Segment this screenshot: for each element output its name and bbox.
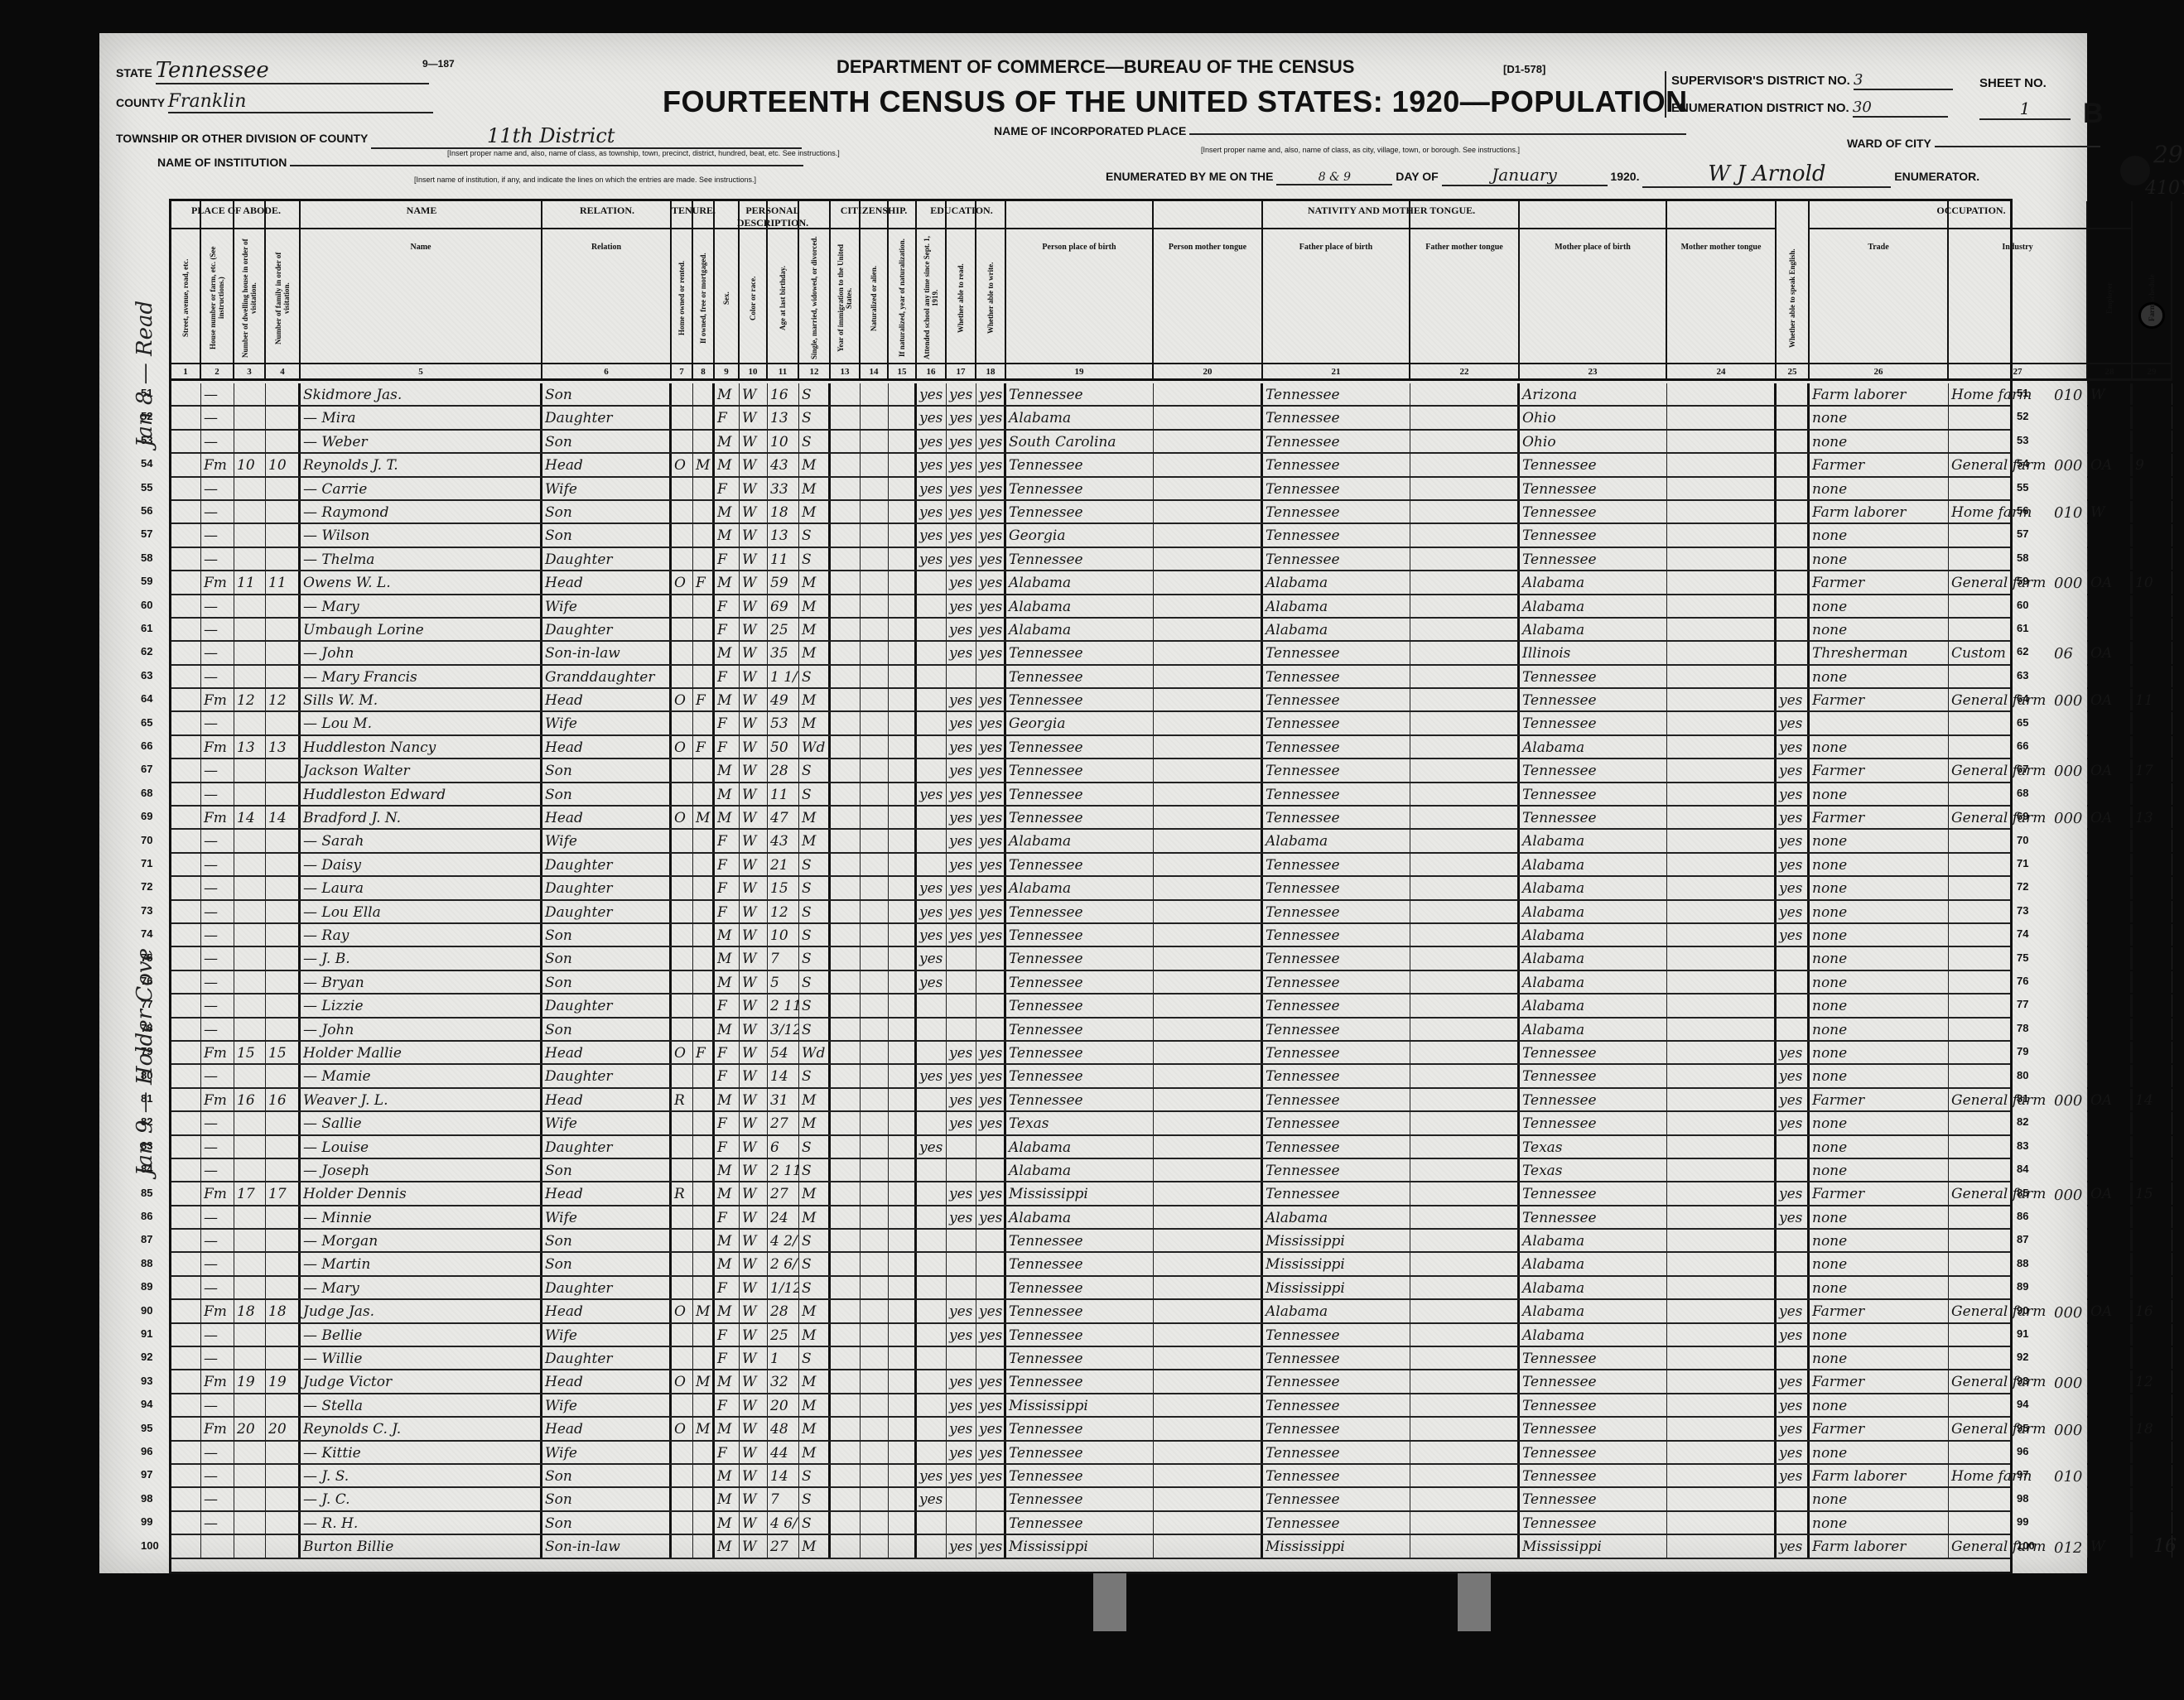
cell-abode_street bbox=[171, 1136, 201, 1158]
cell-race: W bbox=[740, 548, 768, 570]
cell-nat bbox=[861, 712, 889, 734]
cell-dwelling bbox=[234, 407, 266, 428]
line-number: 97 bbox=[141, 1468, 152, 1481]
cell-nat bbox=[861, 1136, 889, 1158]
cell-read: yes bbox=[947, 736, 976, 758]
cell-m_birth: Alabama bbox=[1520, 877, 1667, 898]
cell-tongue bbox=[1154, 1324, 1263, 1346]
cell-school bbox=[917, 759, 947, 781]
table-row: —— KittieWifeFW44MyesyesTennesseeTenness… bbox=[171, 1442, 2010, 1465]
cell-mort bbox=[693, 1442, 715, 1463]
cell-relation: Son bbox=[542, 501, 672, 523]
cell-tongue bbox=[1154, 1042, 1263, 1063]
cell-f_tongue bbox=[1410, 1535, 1520, 1557]
cell-write: yes bbox=[976, 830, 1006, 851]
table-row: —— RaySonMW10SyesyesyesTennesseeTennesse… bbox=[171, 924, 2010, 947]
cell-home bbox=[672, 830, 693, 851]
cell-trade: none bbox=[1810, 407, 1949, 428]
cell-abode_street bbox=[171, 877, 201, 898]
cell-race: W bbox=[740, 383, 768, 405]
cell-f_birth: Tennessee bbox=[1263, 1089, 1410, 1110]
column-number: 6 bbox=[542, 363, 672, 381]
cell-age: 50 bbox=[768, 736, 799, 758]
cell-class bbox=[2088, 1042, 2133, 1063]
cell-home bbox=[672, 877, 693, 898]
cell-f_birth: Alabama bbox=[1263, 571, 1410, 593]
cell-class bbox=[2088, 619, 2133, 640]
cell-relation: Head bbox=[542, 807, 672, 828]
cell-natyr bbox=[889, 1206, 917, 1228]
cell-m_birth: Arizona bbox=[1520, 383, 1667, 405]
cell-imm bbox=[831, 1065, 861, 1086]
cell-mort bbox=[693, 431, 715, 452]
line-number: 100 bbox=[2017, 1539, 2035, 1552]
cell-write bbox=[976, 1253, 1006, 1274]
cell-marital: M bbox=[799, 807, 831, 828]
cell-marital: M bbox=[799, 1394, 831, 1416]
cell-home bbox=[672, 595, 693, 617]
cell-imm bbox=[831, 689, 861, 710]
cell-english bbox=[1777, 454, 1810, 475]
supervisor-label: SUPERVISOR'S DISTRICT NO. bbox=[1671, 74, 1850, 88]
cell-m_birth: Alabama bbox=[1520, 571, 1667, 593]
cell-sex: M bbox=[715, 783, 740, 805]
cell-school bbox=[917, 666, 947, 687]
cell-mort bbox=[693, 1347, 715, 1369]
line-number: 96 bbox=[2017, 1445, 2028, 1457]
cell-class bbox=[2088, 736, 2133, 758]
cell-age: 43 bbox=[768, 830, 799, 851]
column-number: 15 bbox=[889, 363, 917, 381]
column-header-label: Street, avenue, road, etc. bbox=[181, 233, 190, 363]
cell-class bbox=[2088, 666, 2133, 687]
cell-m_tongue bbox=[1667, 1300, 1777, 1322]
table-row: —— RaymondSonMW18MyesyesyesTennesseeTenn… bbox=[171, 501, 2010, 524]
cell-school bbox=[917, 1394, 947, 1416]
cell-name: — Weber bbox=[301, 431, 542, 452]
cell-sex: M bbox=[715, 689, 740, 710]
cell-write bbox=[976, 1136, 1006, 1158]
cell-family bbox=[266, 478, 301, 499]
cell-sex: M bbox=[715, 947, 740, 969]
cell-name: Umbaugh Lorine bbox=[301, 619, 542, 640]
line-number: 71 bbox=[141, 857, 152, 869]
line-number: 62 bbox=[2017, 645, 2028, 657]
cell-sex: F bbox=[715, 1324, 740, 1346]
cell-relation: Son bbox=[542, 524, 672, 546]
cell-home: O bbox=[672, 736, 693, 758]
cell-relation: Wife bbox=[542, 1442, 672, 1463]
cell-school bbox=[917, 571, 947, 593]
column-number: 4 bbox=[266, 363, 301, 381]
cell-english: yes bbox=[1777, 1442, 1810, 1463]
cell-birth: Tennessee bbox=[1006, 1370, 1154, 1392]
cell-trade: none bbox=[1810, 666, 1949, 687]
cell-imm bbox=[831, 947, 861, 969]
cell-sex: F bbox=[715, 877, 740, 898]
cell-relation: Son bbox=[542, 1465, 672, 1486]
line-number: 52 bbox=[2017, 410, 2028, 422]
cell-abode: — bbox=[201, 1019, 234, 1040]
cell-f_tongue bbox=[1410, 524, 1520, 546]
cell-trade: none bbox=[1810, 1277, 1949, 1298]
cell-relation: Wife bbox=[542, 595, 672, 617]
cell-trade: Farmer bbox=[1810, 571, 1949, 593]
cell-m_tongue bbox=[1667, 783, 1777, 805]
margin-note-bottom: Jan 9 — Holder Cove bbox=[133, 948, 157, 1176]
cell-age: 25 bbox=[768, 1324, 799, 1346]
cell-write: yes bbox=[976, 1535, 1006, 1557]
cell-farm: 9 bbox=[2133, 454, 2172, 475]
cell-age: 14 bbox=[768, 1465, 799, 1486]
cell-abode_street bbox=[171, 759, 201, 781]
cell-write bbox=[976, 994, 1006, 1016]
table-row: —— LauraDaughterFW15SyesyesyesAlabamaTen… bbox=[171, 877, 2010, 900]
cell-m_tongue bbox=[1667, 1230, 1777, 1251]
line-number: 92 bbox=[2017, 1351, 2028, 1363]
cell-mort bbox=[693, 1136, 715, 1158]
column-number: 5 bbox=[301, 363, 542, 381]
cell-imm bbox=[831, 571, 861, 593]
cell-f_tongue bbox=[1410, 1394, 1520, 1416]
cell-home bbox=[672, 642, 693, 663]
cell-mort bbox=[693, 1394, 715, 1416]
cell-abode_street bbox=[171, 548, 201, 570]
cell-family bbox=[266, 642, 301, 663]
cell-class bbox=[2088, 1394, 2133, 1416]
cell-abode_street bbox=[171, 971, 201, 993]
cell-name: — Willie bbox=[301, 1347, 542, 1369]
cell-abode_street bbox=[171, 1182, 201, 1204]
cell-imm bbox=[831, 807, 861, 828]
cell-m_tongue bbox=[1667, 1324, 1777, 1346]
cell-family: 14 bbox=[266, 807, 301, 828]
cell-trade bbox=[1810, 712, 1949, 734]
cell-f_tongue bbox=[1410, 759, 1520, 781]
township-value: 11th District bbox=[371, 124, 802, 149]
table-row: —— LizzieDaughterFW2 11/12STennesseeTenn… bbox=[171, 994, 2010, 1018]
cell-birth: Tennessee bbox=[1006, 1230, 1154, 1251]
cell-english: yes bbox=[1777, 1465, 1810, 1486]
table-row: —— MartinSonMW2 6/12STennesseeMississipp… bbox=[171, 1253, 2010, 1276]
cell-farm bbox=[2133, 1277, 2172, 1298]
cell-imm bbox=[831, 1182, 861, 1204]
cell-school: yes bbox=[917, 383, 947, 405]
cell-marital: M bbox=[799, 1442, 831, 1463]
cell-f_birth: Mississippi bbox=[1263, 1253, 1410, 1274]
cell-nat bbox=[861, 1442, 889, 1463]
cell-tongue bbox=[1154, 1370, 1263, 1392]
cell-nat bbox=[861, 1394, 889, 1416]
cell-english bbox=[1777, 1136, 1810, 1158]
cell-m_tongue bbox=[1667, 1089, 1777, 1110]
cell-sex: M bbox=[715, 1230, 740, 1251]
line-number: 61 bbox=[2017, 622, 2028, 634]
cell-tongue bbox=[1154, 736, 1263, 758]
line-number: 70 bbox=[2017, 834, 2028, 846]
line-number: 66 bbox=[2017, 739, 2028, 752]
cell-school: yes bbox=[917, 454, 947, 475]
cell-name: — Wilson bbox=[301, 524, 542, 546]
cell-nat bbox=[861, 1488, 889, 1510]
cell-marital: S bbox=[799, 1065, 831, 1086]
table-row: —Umbaugh LorineDaughterFW25MyesyesAlabam… bbox=[171, 619, 2010, 642]
cell-age: 2 11/12 bbox=[768, 1159, 799, 1181]
cell-race: W bbox=[740, 1206, 768, 1228]
cell-f_birth: Mississippi bbox=[1263, 1230, 1410, 1251]
enumerator-signature: W J Arnold bbox=[1642, 161, 1891, 188]
cell-home bbox=[672, 501, 693, 523]
cell-read bbox=[947, 1159, 976, 1181]
cell-race: W bbox=[740, 1418, 768, 1439]
cell-english: yes bbox=[1777, 736, 1810, 758]
cell-trade: none bbox=[1810, 595, 1949, 617]
cell-relation: Wife bbox=[542, 830, 672, 851]
cell-nat bbox=[861, 994, 889, 1016]
cell-dwelling: 16 bbox=[234, 1089, 266, 1110]
cell-nat bbox=[861, 642, 889, 663]
cell-race: W bbox=[740, 1465, 768, 1486]
cell-dwelling bbox=[234, 1324, 266, 1346]
cell-birth: Mississippi bbox=[1006, 1535, 1154, 1557]
cell-tongue bbox=[1154, 1206, 1263, 1228]
cell-birth: Tennessee bbox=[1006, 1418, 1154, 1439]
cell-read: yes bbox=[947, 877, 976, 898]
column-header-label: Number of family in order of visitation. bbox=[274, 233, 291, 363]
cell-f_tongue bbox=[1410, 1019, 1520, 1040]
cell-read: yes bbox=[947, 830, 976, 851]
cell-dwelling bbox=[234, 854, 266, 875]
cell-abode: — bbox=[201, 830, 234, 851]
cell-read: yes bbox=[947, 1089, 976, 1110]
line-number: 99 bbox=[141, 1515, 152, 1528]
cell-marital: M bbox=[799, 478, 831, 499]
column-header-label: Farm schedule bbox=[2148, 233, 2156, 363]
cell-tongue bbox=[1154, 1136, 1263, 1158]
table-row: —— JosephSonMW2 11/12SAlabamaTennesseeTe… bbox=[171, 1159, 2010, 1182]
cell-family bbox=[266, 524, 301, 546]
cell-trade: none bbox=[1810, 1112, 1949, 1134]
cell-write bbox=[976, 1159, 1006, 1181]
column-header-label: Color or race. bbox=[749, 233, 757, 363]
cell-race: W bbox=[740, 501, 768, 523]
cell-home bbox=[672, 619, 693, 640]
cell-abode_street bbox=[171, 478, 201, 499]
cell-family bbox=[266, 924, 301, 946]
table-row: —— WeberSonMW10SyesyesyesSouth CarolinaT… bbox=[171, 431, 2010, 454]
cell-abode_street bbox=[171, 1089, 201, 1110]
cell-english bbox=[1777, 431, 1810, 452]
day-of-label: DAY OF bbox=[1396, 170, 1438, 183]
cell-abode_street bbox=[171, 1465, 201, 1486]
cell-age: 3/12 bbox=[768, 1019, 799, 1040]
cell-m_birth: Alabama bbox=[1520, 994, 1667, 1016]
cell-birth: Tennessee bbox=[1006, 1253, 1154, 1274]
cell-mort: F bbox=[693, 571, 715, 593]
column-number: 25 bbox=[1777, 363, 1810, 381]
cell-relation: Daughter bbox=[542, 1277, 672, 1298]
cell-mort bbox=[693, 1089, 715, 1110]
cell-english: yes bbox=[1777, 1112, 1810, 1134]
cell-imm bbox=[831, 712, 861, 734]
cell-m_tongue bbox=[1667, 1347, 1777, 1369]
column-number: 19 bbox=[1006, 363, 1154, 381]
cell-name: Jackson Walter bbox=[301, 759, 542, 781]
cell-english bbox=[1777, 548, 1810, 570]
cell-tongue bbox=[1154, 1112, 1263, 1134]
cell-birth: Tennessee bbox=[1006, 1277, 1154, 1298]
cell-name: — Thelma bbox=[301, 548, 542, 570]
column-group-label: CITIZENSHIP. bbox=[831, 205, 917, 229]
cell-relation: Son bbox=[542, 1512, 672, 1534]
cell-class bbox=[2088, 1277, 2133, 1298]
cell-imm bbox=[831, 854, 861, 875]
column-number: 18 bbox=[976, 363, 1006, 381]
cell-english: yes bbox=[1777, 1394, 1810, 1416]
cell-imm bbox=[831, 1465, 861, 1486]
cell-tongue bbox=[1154, 1300, 1263, 1322]
district-box: SUPERVISOR'S DISTRICT NO. 3 ENUMERATION … bbox=[1665, 71, 1953, 118]
cell-class bbox=[2088, 877, 2133, 898]
cell-birth: Alabama bbox=[1006, 1206, 1154, 1228]
cell-home bbox=[672, 1465, 693, 1486]
cell-home bbox=[672, 783, 693, 805]
cell-name: — Stella bbox=[301, 1394, 542, 1416]
cell-nat bbox=[861, 571, 889, 593]
cell-sex: M bbox=[715, 1182, 740, 1204]
cell-natyr bbox=[889, 947, 917, 969]
line-number: 61 bbox=[141, 622, 152, 634]
cell-name: — Bellie bbox=[301, 1324, 542, 1346]
cell-nat bbox=[861, 1182, 889, 1204]
cell-race: W bbox=[740, 807, 768, 828]
cell-school: yes bbox=[917, 901, 947, 922]
cell-farm bbox=[2133, 595, 2172, 617]
cell-m_birth: Tennessee bbox=[1520, 666, 1667, 687]
supervisor-value: 3 bbox=[1854, 71, 1953, 90]
cell-sex: F bbox=[715, 1042, 740, 1063]
cell-sex: F bbox=[715, 1394, 740, 1416]
cell-age: 54 bbox=[768, 1042, 799, 1063]
cell-marital: S bbox=[799, 947, 831, 969]
cell-trade: none bbox=[1810, 548, 1949, 570]
cell-name: — Lou Ella bbox=[301, 901, 542, 922]
cell-dwelling: 11 bbox=[234, 571, 266, 593]
cell-f_tongue bbox=[1410, 947, 1520, 969]
cell-age: 10 bbox=[768, 431, 799, 452]
line-number: 54 bbox=[141, 457, 152, 470]
column-number: 7 bbox=[672, 363, 693, 381]
cell-english: yes bbox=[1777, 1206, 1810, 1228]
column-header-label: Whether able to speak English. bbox=[1788, 233, 1796, 363]
cell-relation: Daughter bbox=[542, 994, 672, 1016]
cell-mort: F bbox=[693, 1042, 715, 1063]
cell-home bbox=[672, 666, 693, 687]
line-number: 85 bbox=[141, 1187, 152, 1199]
cell-natyr bbox=[889, 971, 917, 993]
cell-race: W bbox=[740, 736, 768, 758]
cell-name: Holder Mallie bbox=[301, 1042, 542, 1063]
cell-class bbox=[2088, 1253, 2133, 1274]
cell-abode_street bbox=[171, 1230, 201, 1251]
cell-name: — Daisy bbox=[301, 854, 542, 875]
cell-natyr bbox=[889, 1370, 917, 1392]
cell-age: 33 bbox=[768, 478, 799, 499]
cell-natyr bbox=[889, 548, 917, 570]
table-row: —— Mary FrancisGranddaughterFW1 1/12STen… bbox=[171, 666, 2010, 689]
cell-relation: Son bbox=[542, 1019, 672, 1040]
line-number: 89 bbox=[2017, 1280, 2028, 1293]
cell-read: yes bbox=[947, 595, 976, 617]
cell-natyr bbox=[889, 642, 917, 663]
cell-f_birth: Tennessee bbox=[1263, 1512, 1410, 1534]
cell-farm bbox=[2133, 1253, 2172, 1274]
cell-dwelling bbox=[234, 1347, 266, 1369]
cell-imm bbox=[831, 1418, 861, 1439]
column-header-label: Home owned or rented. bbox=[677, 233, 686, 363]
cell-age: 25 bbox=[768, 619, 799, 640]
cell-mort bbox=[693, 642, 715, 663]
cell-mort bbox=[693, 1206, 715, 1228]
cell-m_tongue bbox=[1667, 901, 1777, 922]
cell-mort bbox=[693, 924, 715, 946]
cell-race: W bbox=[740, 524, 768, 546]
column-header: Whether able to speak English. bbox=[1777, 201, 1810, 363]
table-row: —— Lou M.WifeFW53MyesyesGeorgiaTennessee… bbox=[171, 712, 2010, 735]
cell-class bbox=[2088, 431, 2133, 452]
cell-marital: S bbox=[799, 759, 831, 781]
cell-home bbox=[672, 1019, 693, 1040]
cell-birth: Mississippi bbox=[1006, 1182, 1154, 1204]
cell-home bbox=[672, 994, 693, 1016]
institution-field: NAME OF INSTITUTION bbox=[157, 156, 803, 169]
cell-family bbox=[266, 383, 301, 405]
cell-abode: — bbox=[201, 901, 234, 922]
table-row: —Jackson WalterSonMW28SyesyesTennesseeTe… bbox=[171, 759, 2010, 783]
cell-abode: — bbox=[201, 1206, 234, 1228]
cell-mort bbox=[693, 712, 715, 734]
cell-read bbox=[947, 1136, 976, 1158]
cell-home bbox=[672, 524, 693, 546]
table-row: Fm1515Holder MallieHeadOFFW54WdyesyesTen… bbox=[171, 1042, 2010, 1065]
column-number: 24 bbox=[1667, 363, 1777, 381]
cell-age: 59 bbox=[768, 571, 799, 593]
cell-natyr bbox=[889, 783, 917, 805]
cell-m_birth: Tennessee bbox=[1520, 1512, 1667, 1534]
cell-read bbox=[947, 1277, 976, 1298]
cell-f_birth: Tennessee bbox=[1263, 524, 1410, 546]
cell-school bbox=[917, 1535, 947, 1557]
table-row: —— WilsonSonMW13SyesyesyesGeorgiaTenness… bbox=[171, 524, 2010, 547]
cell-nat bbox=[861, 383, 889, 405]
cell-nat bbox=[861, 431, 889, 452]
cell-sex: F bbox=[715, 1206, 740, 1228]
cell-dwelling: 14 bbox=[234, 807, 266, 828]
cell-natyr bbox=[889, 407, 917, 428]
column-number: 14 bbox=[861, 363, 889, 381]
cell-nat bbox=[861, 454, 889, 475]
cell-dwelling bbox=[234, 619, 266, 640]
table-row: —— JohnSon-in-lawMW35MyesyesTennesseeTen… bbox=[171, 642, 2010, 665]
cell-imm bbox=[831, 1112, 861, 1134]
cell-natyr bbox=[889, 431, 917, 452]
cell-farm bbox=[2133, 736, 2172, 758]
cell-english: yes bbox=[1777, 877, 1810, 898]
cell-natyr bbox=[889, 1347, 917, 1369]
cell-imm bbox=[831, 501, 861, 523]
cell-trade: none bbox=[1810, 1442, 1949, 1463]
cell-age: 69 bbox=[768, 595, 799, 617]
